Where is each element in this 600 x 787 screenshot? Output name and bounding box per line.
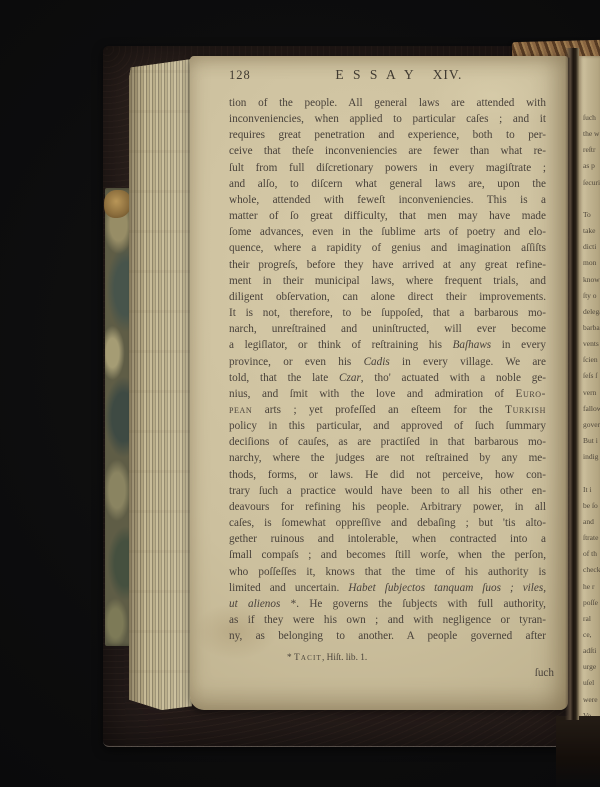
book-page: 128 E S S A Y XIV. tion of the people. A… bbox=[190, 56, 568, 710]
gilt-spine-accent bbox=[104, 190, 131, 218]
facing-fragment-line: of th bbox=[579, 546, 600, 562]
facing-fragment-line bbox=[579, 191, 600, 207]
text-line: quence, where a rapidity of genius and i… bbox=[229, 240, 546, 256]
book-photo: ſuchthe wreſtras pſecuriTotakedictimonkn… bbox=[0, 0, 600, 787]
page-stack-fore-edge bbox=[129, 59, 192, 710]
text-line: narch, unreſtrained and uninſtructed, wi… bbox=[229, 321, 546, 337]
facing-fragment-line: uſel bbox=[579, 675, 600, 691]
body-text: tion of the people. All general laws are… bbox=[229, 95, 546, 644]
facing-fragment-line: ſuch bbox=[579, 110, 600, 126]
text-line: caſes, is ſomewhat oppreſſive and debaſi… bbox=[229, 515, 546, 531]
footnote: * Tacit, Hiſt. lib. 1. bbox=[287, 653, 367, 663]
text-line: a legiſlator, or think of reſtraining hi… bbox=[229, 337, 546, 353]
text-line: matter of ſo great difficulty, that men … bbox=[229, 208, 546, 224]
text-line: deciſions of cauſes, as are practiſed in… bbox=[229, 434, 546, 450]
text-line: thods, forms, or laws. He did not percei… bbox=[229, 467, 546, 483]
text-line: policy in this particular, and approved … bbox=[229, 418, 546, 434]
text-line: It is not, therefore, to be ſuppoſed, th… bbox=[229, 305, 546, 321]
facing-fragment-line: It i bbox=[579, 482, 600, 498]
facing-page-sliver: ſuchthe wreſtras pſecuriTotakedictimonkn… bbox=[579, 56, 600, 720]
facing-fragment-line: delega bbox=[579, 304, 600, 320]
facing-fragment-line: urge bbox=[579, 659, 600, 675]
gutter-shadow bbox=[565, 48, 579, 720]
text-line: ment in their municipal laws, where freq… bbox=[229, 273, 546, 289]
text-line: who poſſeſſes it, knows that the time of… bbox=[229, 564, 546, 580]
facing-fragment-line: know bbox=[579, 272, 600, 288]
text-line: inconveniencies, when applied to particu… bbox=[229, 111, 546, 127]
facing-fragment-line: the w bbox=[579, 126, 600, 142]
essay-numeral: XIV. bbox=[433, 67, 463, 83]
facing-fragment-line: indig bbox=[579, 449, 600, 465]
facing-fragment-line: mon bbox=[579, 255, 600, 271]
facing-fragment-line: fallow bbox=[579, 401, 600, 417]
facing-fragment-line: To bbox=[579, 207, 600, 223]
text-line: ſmall compaſs ; and becomes ſtill worſe,… bbox=[229, 547, 546, 563]
facing-fragment-line: vents bbox=[579, 336, 600, 352]
facing-fragment-line: barbar bbox=[579, 320, 600, 336]
text-line: their progreſs, before they have arrived… bbox=[229, 257, 546, 273]
facing-fragments: ſuchthe wreſtras pſecuriTotakedictimonkn… bbox=[579, 56, 600, 720]
facing-fragment-line: ral bbox=[579, 611, 600, 627]
facing-fragment-line: ſty o bbox=[579, 288, 600, 304]
essay-title: E S S A Y bbox=[335, 67, 416, 83]
facing-fragment-line: he r bbox=[579, 579, 600, 595]
text-line: limited and uncertain. Habet ſubjectos t… bbox=[229, 580, 546, 596]
facing-fragment-line: check bbox=[579, 562, 600, 578]
facing-fragment-line: reſtr bbox=[579, 142, 600, 158]
text-line: narchy, where the judges are not reſtrai… bbox=[229, 450, 546, 466]
facing-fragment-line: ſcien bbox=[579, 352, 600, 368]
text-line: nius, and ſmit with the love and admirat… bbox=[229, 386, 546, 402]
facing-fragment-line bbox=[579, 465, 600, 481]
facing-fragment-line: But i bbox=[579, 433, 600, 449]
text-line: ſome advances, even in the ſublime arts … bbox=[229, 224, 546, 240]
text-line: ceive that theſe inconveniencies are few… bbox=[229, 143, 546, 159]
facing-fragment-line: as p bbox=[579, 158, 600, 174]
facing-fragment-line: ſtrate bbox=[579, 530, 600, 546]
text-line: whole, attended with feweſt inconvenienc… bbox=[229, 192, 546, 208]
facing-fragment-line: dicti bbox=[579, 239, 600, 255]
facing-fragment-line: ce, bbox=[579, 627, 600, 643]
text-line: requires great penetration and experienc… bbox=[229, 127, 546, 143]
text-line: province, or even his Cadis in every vil… bbox=[229, 354, 546, 370]
catchword: ſuch bbox=[535, 667, 554, 679]
page-number: 128 bbox=[229, 68, 251, 83]
facing-fragment-line: vern bbox=[579, 385, 600, 401]
text-line: pean arts ; yet profeſſed an eſteem for … bbox=[229, 402, 546, 418]
text-line: ny, as belonging to another. A people go… bbox=[229, 628, 546, 644]
text-line: trary ſuch a practice would have been to… bbox=[229, 483, 546, 499]
facing-fragment-line: adſti bbox=[579, 643, 600, 659]
facing-fragment-line: gover bbox=[579, 417, 600, 433]
text-line: told, that the late Czar, tho' actuated … bbox=[229, 370, 546, 386]
facing-fragment-line: poſſe bbox=[579, 595, 600, 611]
facing-fragment-line: ſecuri bbox=[579, 175, 600, 191]
text-line: ſult from full diſcretionary powers in e… bbox=[229, 160, 546, 176]
facing-fragment-line: ſeſs ſ bbox=[579, 368, 600, 384]
facing-fragment-line: and bbox=[579, 514, 600, 530]
text-line: ut alienos *. He governs the ſubjects wi… bbox=[229, 596, 546, 612]
bottom-right-cover-shadow bbox=[556, 716, 600, 787]
text-line: and alſo, to diſcern what general laws a… bbox=[229, 176, 546, 192]
facing-fragment-line: take bbox=[579, 223, 600, 239]
text-line: gether ruinous and intolerable, when con… bbox=[229, 531, 546, 547]
text-line: tion of the people. All general laws are… bbox=[229, 95, 546, 111]
text-line: deavours for refining his people. Arbitr… bbox=[229, 499, 546, 515]
facing-fragment-line: be ſo bbox=[579, 498, 600, 514]
running-title: E S S A Y XIV. bbox=[251, 67, 547, 83]
text-line: diligent obſervation, can alone direct t… bbox=[229, 289, 546, 305]
facing-fragment-line: were bbox=[579, 692, 600, 708]
page-header: 128 E S S A Y XIV. bbox=[229, 67, 547, 83]
text-line: as if they were his own ; and with negli… bbox=[229, 612, 546, 628]
